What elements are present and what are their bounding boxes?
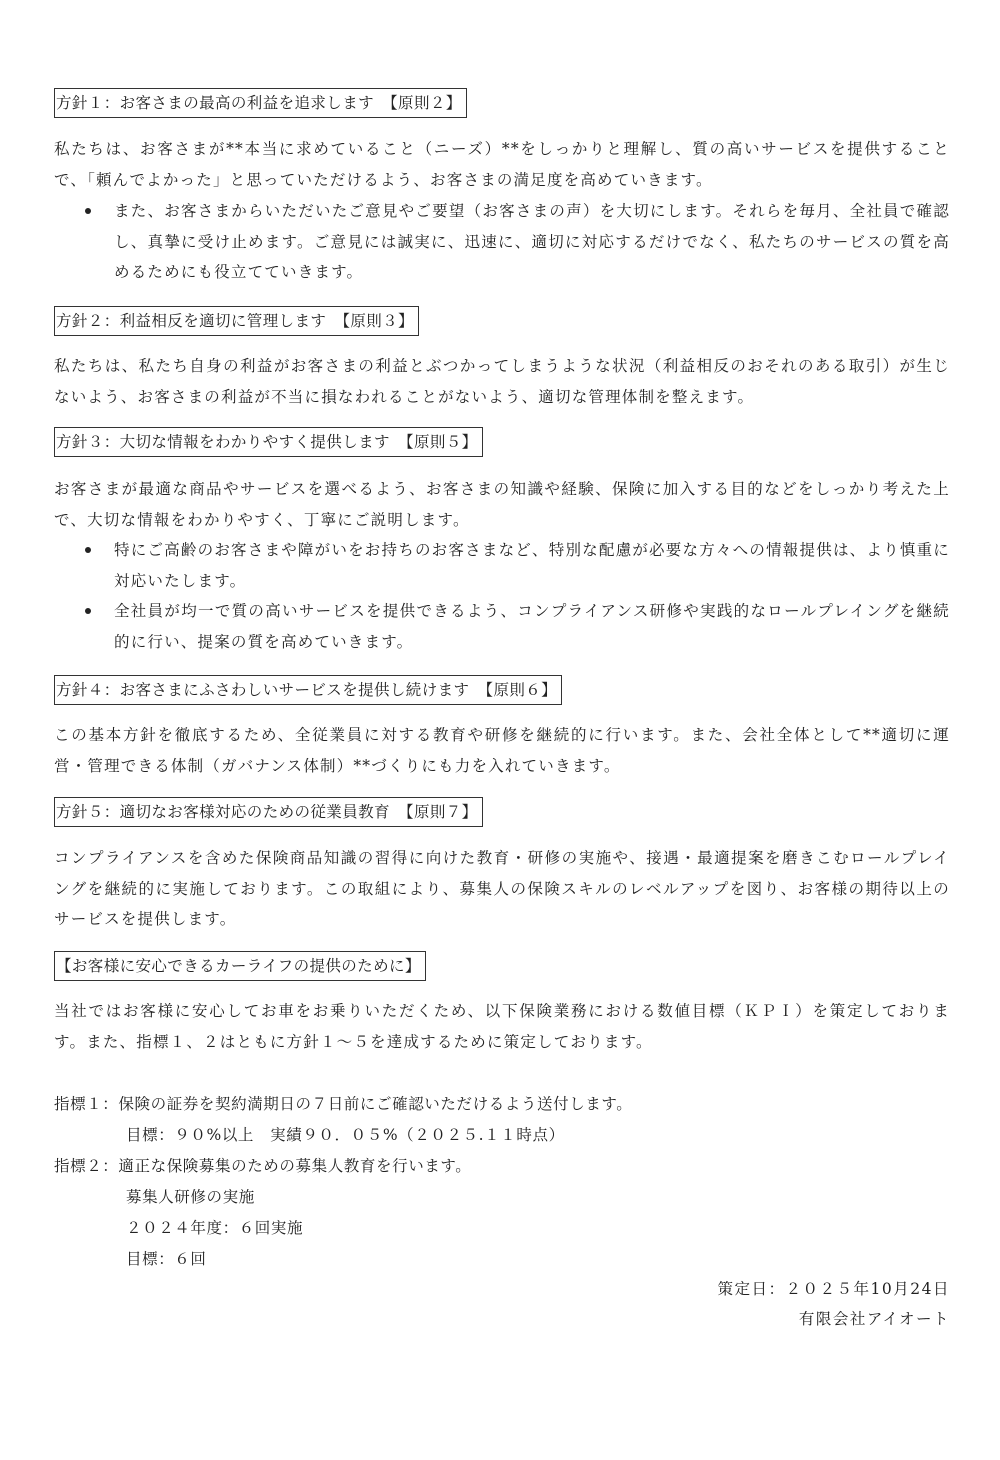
- established-date: 策定日：２０２５年10月24日: [718, 1274, 950, 1304]
- company-name: 有限会社アイオート: [799, 1304, 950, 1334]
- policy-3-paragraph: お客さまが最適な商品やサービスを選べるよう、お客さまの知識や経験、保険に加入する…: [54, 474, 950, 535]
- bullet-icon: [85, 547, 91, 553]
- kpi-2-detail-fy2024: ２０２４年度：６回実施: [126, 1213, 303, 1244]
- kpi-1-label: 指標１：保険の証券を契約満期日の７日前にご確認いただけるよう送付します。: [54, 1089, 632, 1120]
- policy-5-paragraph: コンプライアンスを含めた保険商品知識の習得に向けた教育・研修の実施や、接遇・最適…: [54, 843, 950, 935]
- carlife-heading: 【お客様に安心できるカーライフの提供のために】: [54, 951, 426, 981]
- policy-1-bullets: また、お客さまからいただいたご意見やご要望（お客さまの声）を大切にします。それら…: [54, 196, 950, 288]
- list-item: 特にご高齢のお客さまや障がいをお持ちのお客さまなど、特別な配慮が必要な方々への情…: [54, 535, 950, 596]
- list-item: 全社員が均一で質の高いサービスを提供できるよう、コンプライアンス研修や実践的なロ…: [54, 596, 950, 657]
- policy-4-paragraph: この基本方針を徹底するため、全従業員に対する教育や研修を継続的に行います。また、…: [54, 720, 950, 781]
- kpi-2-detail-target: 目標：６回: [126, 1244, 207, 1275]
- policy-3-bullets: 特にご高齢のお客さまや障がいをお持ちのお客さまなど、特別な配慮が必要な方々への情…: [54, 535, 950, 657]
- bullet-icon: [85, 608, 91, 614]
- bullet-icon: [85, 208, 91, 214]
- policy-2-heading: 方針２：利益相反を適切に管理します 【原則３】: [54, 306, 419, 336]
- policy-5-heading: 方針５：適切なお客様対応のための従業員教育 【原則７】: [54, 797, 483, 827]
- policy-1-heading: 方針１：お客さまの最高の利益を追求します 【原則２】: [54, 88, 467, 118]
- kpi-1-target: 目標：９０%以上 実績９０．０５%（２０２５.１１時点）: [126, 1120, 565, 1151]
- kpi-2-detail-training: 募集人研修の実施: [126, 1182, 255, 1213]
- policy-4-heading: 方針４：お客さまにふさわしいサービスを提供し続けます 【原則６】: [54, 675, 562, 705]
- list-item: また、お客さまからいただいたご意見やご要望（お客さまの声）を大切にします。それら…: [54, 196, 950, 288]
- policy-2-paragraph: 私たちは、私たち自身の利益がお客さまの利益とぶつかってしまうような状況（利益相反…: [54, 351, 950, 412]
- policy-1-paragraph: 私たちは、お客さまが**本当に求めていること（ニーズ）**をしっかりと理解し、質…: [54, 134, 950, 195]
- kpi-2-label: 指標２：適正な保険募集のための募集人教育を行います。: [54, 1151, 471, 1182]
- carlife-paragraph: 当社ではお客様に安心してお車をお乗りいただくため、以下保険業務における数値目標（…: [54, 996, 950, 1057]
- policy-3-heading: 方針３：大切な情報をわかりやすく提供します 【原則５】: [54, 427, 483, 457]
